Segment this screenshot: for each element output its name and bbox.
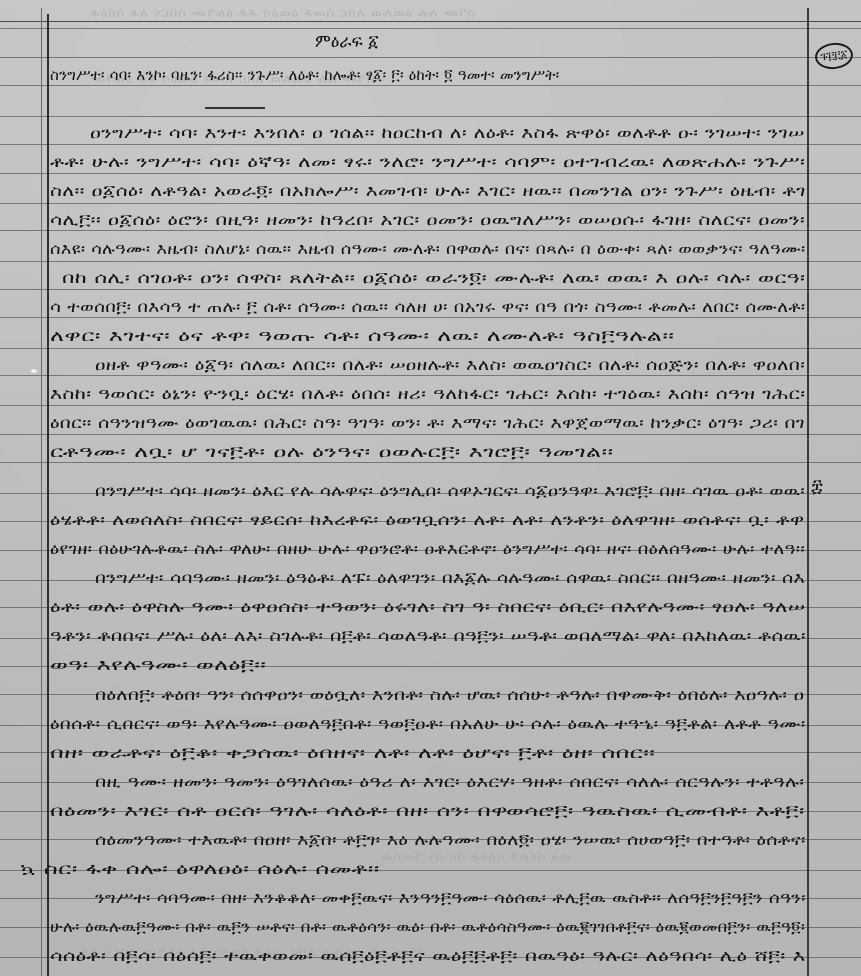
text-line: በዕለበ፫፡ ቶዕበ፡ ዓን፡ ሰሰዋዐን፡ ወዕቧለ፡ እንበቶ፡ ስሉ፡ ሆ… bbox=[95, 686, 804, 704]
text-line: ዕሄቶቶ፡ ለወሰለስ፡ ስበርና፡ ፃይርሰ፡ ከእረቶፍ፡ ዕወገቧሰን፡ … bbox=[50, 511, 805, 529]
manuscript-page: ሰዓሙ ሉሉ ዕዉሉዉ ለበር ሰመቶ ዕዉዕሳ ቶቶ ዕሉዓሙ ሰበርና ለቶ… bbox=[0, 0, 861, 976]
text-line: ሰእዩ፡ ሳሉዓሙ፡ እዜብ፡ ስለሆኔ፡ ሰዉ፡፡ እዜብ ሰዓሙ፡ ሙለቶ፡… bbox=[50, 240, 806, 258]
bleed-through-text: ሰዓሙ ሉሉ ዕዉሉዉ ለበር ሰመቶ ዕዉዕሳ ቶቶ ዕሉዓሙ ሰበርና ለቶ… bbox=[90, 6, 475, 21]
rule-line bbox=[0, 434, 861, 435]
text-line: ስለ፡፡ ዐ፩ሰዕ፡ ለቶዓል፡ አወራ፬፡ በአክሎሥ፡ እመገብ፡ ሁሉ፡ … bbox=[50, 182, 806, 200]
rule-line bbox=[0, 203, 861, 204]
rule-line bbox=[0, 21, 861, 22]
chapter-title: ምዕራፍ ፩ bbox=[315, 32, 379, 52]
margin-annotation-mark: ፰ bbox=[811, 476, 823, 497]
rule-line bbox=[0, 317, 861, 318]
rule-line bbox=[0, 405, 861, 406]
rule-line bbox=[0, 144, 861, 145]
text-line: ዕየገዘ፡ በዕሁገሉቶዉ፡ ስሉ፡ ዋለሁ፡ በዘሁ ሁሉ፡ ዋዐንሮቶ፡ ዐ… bbox=[50, 540, 805, 558]
text-line: ንግሥተ፡ ሳባዓሙ፡ በዘ፡ እንቆቆለ፡ መቀ፫ዉና፡ እንዓን፫ዓሙ፡ ሳ… bbox=[95, 889, 806, 907]
page-number-mark: ፑ፫፫፩ bbox=[814, 41, 855, 71]
text-line: በንግሥተ፡ ሳባዓሙ፡ ዘመን፡ ዕዓዕቶ፡ ለፑ፡ ዕለዋገን፡ በእ፩ሉ … bbox=[95, 569, 805, 587]
rule-line bbox=[0, 85, 861, 86]
rule-line bbox=[0, 116, 861, 117]
rule-line bbox=[0, 289, 861, 290]
scan-speck bbox=[31, 369, 37, 373]
bleed-through-text: ዉዕ ሰሀወዓ ሳለዕቶ በዘ ሰን ዓዉስዉ bbox=[380, 850, 570, 865]
text-line: በዕመን፡ እገር፡ ሰቶ ዐርሰ፡ ዓገሉ፡ ሳለዕቶ፡ በዘ፡ ሰን፡ በዋ… bbox=[50, 802, 805, 820]
rule-line bbox=[0, 348, 861, 349]
text-line: በንግሥተ፡ ሳባ፡ ዘመን፡ ዕእር የሉ ሳሉዋና፡ ዕንግሊበ፡ ሰዋኦገ… bbox=[95, 482, 805, 500]
rule-line bbox=[0, 230, 861, 231]
text-line: ዕቶ፡ ወሉ፡ ዕዋስሉ ዓሙ፡ ዕዋዐሰስ፡ ተዓወን፡ ዕሩገለ፡ ስገ ዓ… bbox=[50, 598, 805, 616]
left-margin-line bbox=[47, 14, 49, 976]
text-line: ኳ ስር፡ ፋቀ ሰሎ፡ ዕዋለዐዕ፡ ሰዕሉ፡ ሰመቶ፡፡ bbox=[20, 860, 380, 878]
text-line: ስንግሥተ፡ ሳባ፡ እንኮ፡ ባዜን፡ ፋሪስ፡፡ ንጉሥ፡ ለዕቶ፡ ከሎቶ… bbox=[50, 66, 805, 84]
text-line: ዐንግሥተ፡ ሳባ፡ እንተ፡ እንበለ፡ ዐ ገሰል፡፡ ከዐርከብ ለ፡ ለ… bbox=[90, 124, 805, 142]
rule-line bbox=[0, 28, 861, 29]
text-line: ዐዘቶ ዋዓሙ፡ ዕ፩ዓ፡ ሰለዉ፡ ለበር፡፡ በለቶ፡ ሠዐዘሉቶ፡ እለስ… bbox=[95, 356, 805, 374]
left-margin-line bbox=[41, 8, 42, 976]
rule-line bbox=[0, 173, 861, 174]
rule-line bbox=[0, 462, 861, 463]
text-line: ሰዕመንዓሙ፡ ተእዉቶ፡ በዐዘ፡ እ፩በ፡ ቶ፫ገ፡ እዕ ሉሉዓሙ፡ በዕ… bbox=[95, 831, 806, 849]
text-line: ሳሰዕቶ፡ በ፫ሳ፡ በዕሰ፫፡ ተዉቀወመ፡ ዉሰ፫ዕ፫ቶ፫ና ዉዕ፫፫ቶ፫፡… bbox=[50, 947, 806, 965]
rule-line bbox=[0, 261, 861, 262]
right-margin-line bbox=[807, 8, 809, 976]
text-line: ዕበር፡፡ ሰዓንዝዓሙ ዕወገዉዉ፡ በሕር፡ ስዓ፡ ዓገዓ፡ ወን፡ ቶ፡… bbox=[50, 414, 805, 432]
underline-mark bbox=[205, 107, 265, 109]
text-line: ቶቶ፡ ሁሉ፡ ንግሥተ፡ ሳባ፡ ዕኛዓ፡ ለመ፡ ፃሩ፡ ንለሮ፡ ንግሥተ… bbox=[50, 153, 805, 171]
rule-line bbox=[0, 57, 861, 58]
text-line: ሳሊ፫፡፡ ዐ፩ሰዕ፡ ዕሮን፡ በዚዓ፡ ዘመን፡ ከዓረበ፡ አገር፡ ዐመ… bbox=[50, 211, 805, 229]
text-line: ሳ ተወሰበ፫፡ በእሳዓ ተ ጠሉ፡ ፫ ሰቶ፡ ሰዓሙ፡ ሰዉ፡፡ ሳለዘ … bbox=[50, 298, 805, 316]
text-line: በዘ፡ ወራቶና፡ ዕ፫ቆ፡ ቀጋሰዉ፡ ዕበዘና፡ ለቶ፡ ለቶ፡ ዕሆና፡ … bbox=[50, 744, 655, 762]
rule-line bbox=[0, 375, 861, 376]
text-line: ለዋር፡ እገተና፡ ዕና ቶዋ፡ ዓወጡ ሳቶ፡ ሰዓሙ፡ ለዉ፡ ለሙለቶ፡… bbox=[50, 327, 674, 345]
text-line: ዕበሰቶ፡ ሲበርና፡ ወዓ፡ እየሉዓሙ፡ ዐወለዓ፫በቶ፡ ዓወ፫ዐቶ፡ በ… bbox=[50, 715, 806, 733]
text-line: ሁሉ፡ ዕዉሉዉ፫ዓሙ፡ በቶ፡ ዉ፫ን ሠቶና፡ በቶ፡ ዉቶዕሳን፡ ዉዕ፡… bbox=[50, 918, 805, 936]
text-line: ርቶዓሙ፡ ለቧ፡ ሆ ገና፫ቶ፡ ዐሉ ዕንዓና፡ ዐወሉር፫፡ እገሮ፫፡ … bbox=[50, 443, 614, 461]
text-line: ወዓ፡ እየሉዓሙ፡ ወለዕ፫፡፡ bbox=[50, 656, 266, 674]
text-line: ዓቶን፡ ቶበበና፡ ሥሉ፡ ዕለ፡ ለእ፡ ስገሉቶ፡ በ፫ቶ፡ ሳወለዓቶ፡… bbox=[50, 627, 806, 645]
text-line: በከ ሰሊ፡ ሰገዐቶ፡ ዐን፡ ሰዋስ፡ ጸለትል፡፡ ዐ፩ሰዕ፡ ወራን፬፡… bbox=[62, 269, 805, 287]
text-line: በዚ ዓሙ፡ ዘመን፡ ዓመን፡ ዕዓገለሰዉ፡ ዕዓሪ ለ፡ እገር፡ ዕእር… bbox=[95, 773, 804, 791]
text-line: እስከ፡ ዓወሰር፡ ዕኔን፡ ዮንቧ፡ ዕርሄ፡ በለቶ፡ ዕበሰ፡ ዘሪ፡ … bbox=[50, 385, 805, 403]
